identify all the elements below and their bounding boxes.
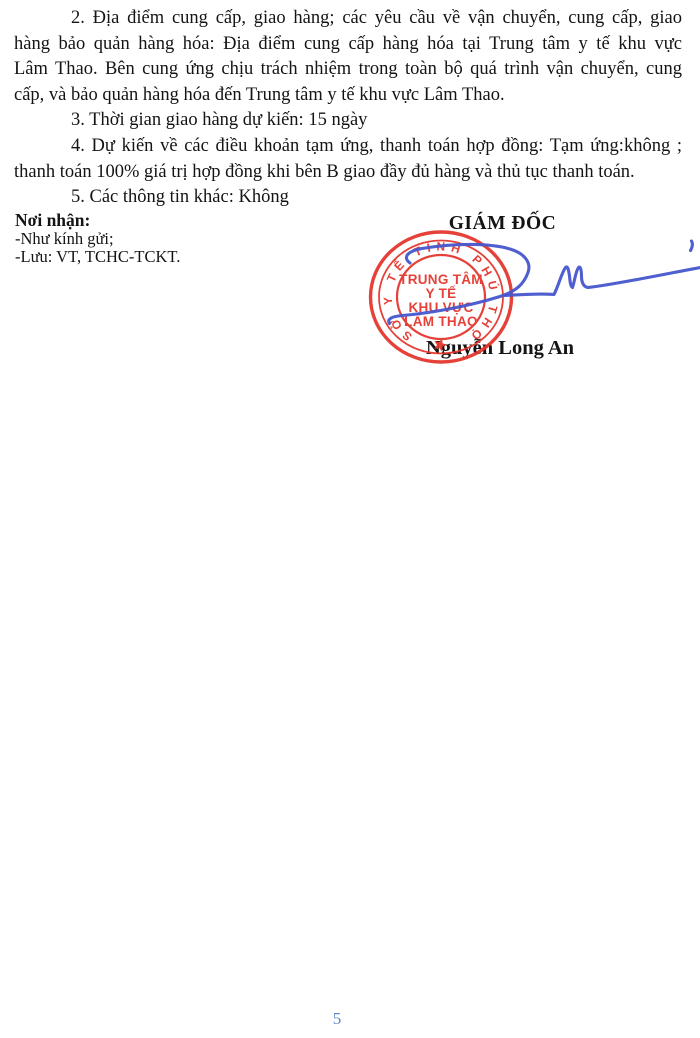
signature-tick-stroke [691,241,693,251]
document-page: 2. Địa điểm cung cấp, giao hàng; các yêu… [0,0,700,1038]
signature-loop-stroke [389,244,529,323]
body-line: 3. Thời gian giao hàng dự kiến: 15 ngày [14,108,682,134]
page-number: 5 [0,1009,674,1029]
signer-title: GIÁM ĐỐC [420,213,585,235]
body-line: 5. Các thông tin khác: Không [14,185,682,211]
recipients-item: -Lưu: VT, TCHC-TCKT. [15,248,180,266]
stamp-ring-text: SỞ Y TẾ TỈNH PHÚ THỌ [381,239,502,345]
document-body: 2. Địa điểm cung cấp, giao hàng; các yêu… [14,6,682,211]
recipients-item: -Như kính gửi; [15,230,180,248]
recipients-block: Nơi nhận: -Như kính gửi; -Lưu: VT, TCHC-… [15,210,180,266]
stamp-center-line: TRUNG TÂM [399,272,483,287]
stamp-center-line: Y TẾ [426,286,457,301]
body-line: hàng bảo quản hàng hóa: Địa điểm cung cấ… [14,32,682,58]
body-line: 2. Địa điểm cung cấp, giao hàng; các yêu… [14,6,682,32]
signature-flourish-stroke [505,267,700,296]
recipients-heading: Nơi nhận: [15,210,180,230]
stamp-center-line: KHU VỰC [408,300,473,315]
body-line: Lâm Thao. Bên cung ứng chịu trách nhiệm … [14,57,682,83]
signer-name: Nguyễn Long An [398,337,602,360]
body-line: thanh toán 100% giá trị hợp đồng khi bên… [14,160,682,186]
body-line: 4. Dự kiến về các điều khoản tạm ứng, th… [14,134,682,160]
handwritten-signature [389,241,700,324]
stamp-center-line: LÂM THAO [404,314,478,329]
stamp-inner-ring [397,255,485,339]
body-line: cấp, và bảo quản hàng hóa đến Trung tâm … [14,83,682,109]
